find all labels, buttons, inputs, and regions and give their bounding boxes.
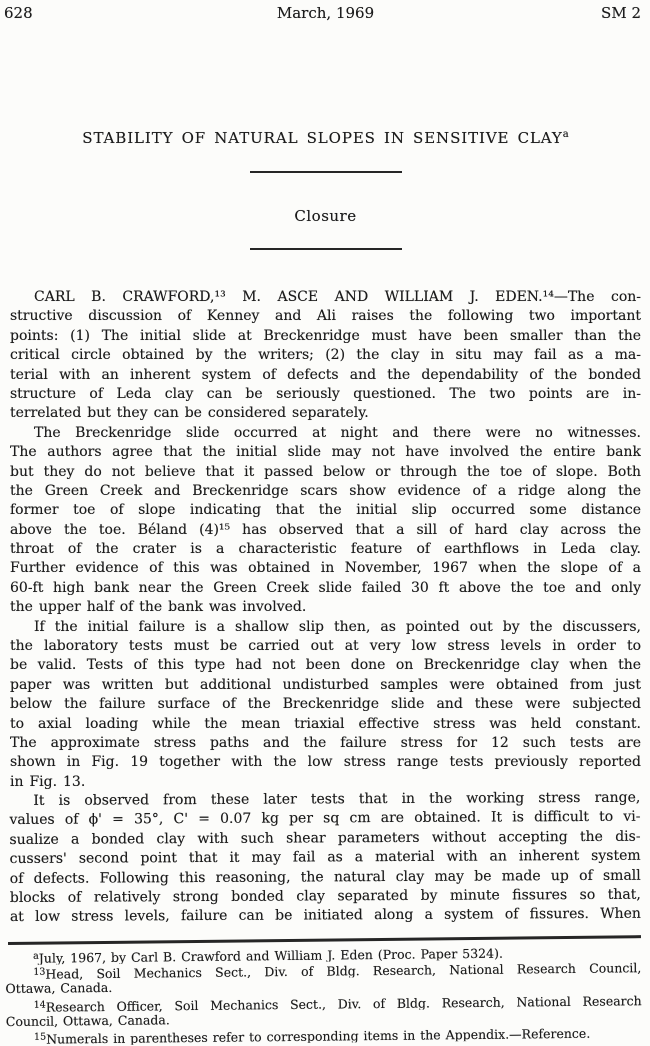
text-line: throat of the crater is a characteristic… (10, 540, 641, 559)
text-line: 60-ft high bank near the Green Creek sli… (10, 579, 641, 598)
text-line: to axial loading while the mean triaxial… (10, 715, 641, 734)
divider-rule-top (250, 171, 402, 173)
footnote-14-text-cont: Council, Ottawa, Canada. (6, 1012, 170, 1029)
footnote-13-text-cont: Ottawa, Canada. (5, 980, 112, 996)
article-body: CARL B. CRAWFORD,¹³ M. ASCE AND WILLIAM … (10, 288, 641, 928)
text-line: The authors agree that the initial slide… (10, 443, 641, 462)
paragraph-4: It is observed from these later tests th… (9, 789, 641, 928)
running-head: 628 March, 1969 SM 2 (10, 4, 641, 24)
text-line: above the toe. Béland (4)¹⁵ has observed… (10, 521, 641, 540)
text-line: the upper half of the bank was involved. (10, 598, 641, 617)
footnote-15-text: Numerals in parentheses refer to corresp… (46, 1026, 590, 1046)
text-line: below the failure surface of the Brecken… (10, 695, 641, 714)
article-title: STABILITY OF NATURAL SLOPES IN SENSITIVE… (10, 125, 641, 148)
text-line: CARL B. CRAWFORD,¹³ M. ASCE AND WILLIAM … (10, 288, 641, 307)
footnote-13-marker: 13 (33, 967, 45, 978)
text-line: former toe of slope indicating that the … (10, 501, 641, 520)
journal-page: 628 March, 1969 SM 2 STABILITY OF NATURA… (0, 0, 650, 1046)
footnote-block: aJuly, 1967, by Carl B. Crawford and Wil… (10, 935, 642, 1046)
text-line: terial with an inherent system of defect… (10, 366, 641, 385)
text-line: be valid. Tests of this type had not bee… (10, 656, 641, 675)
text-line: shown in Fig. 19 together with the low s… (10, 753, 641, 772)
journal-code: SM 2 (601, 4, 641, 22)
footnotes: aJuly, 1967, by Carl B. Crawford and Wil… (5, 942, 642, 1046)
paragraph-2: The Breckenridge slide occurred at night… (10, 424, 641, 618)
divider-rule-bottom (250, 248, 402, 250)
footnote-14-marker: 14 (34, 999, 46, 1010)
paragraph-1: CARL B. CRAWFORD,¹³ M. ASCE AND WILLIAM … (10, 288, 641, 424)
text-line: Further evidence of this was obtained in… (10, 559, 641, 578)
text-line: The approximate stress paths and the fai… (10, 734, 641, 753)
text-line: structive discussion of Kenney and Ali r… (10, 307, 641, 326)
text-line: at low stress levels, failure can be ini… (10, 905, 641, 928)
paragraph-3: If the initial failure is a shallow slip… (10, 618, 641, 793)
footnote-15-marker: 15 (34, 1031, 46, 1042)
section-heading: Closure (10, 206, 641, 226)
text-line: but they do not believe that it passed b… (10, 463, 641, 482)
text-line: structure of Leda clay can be seriously … (10, 385, 641, 404)
article-title-text: STABILITY OF NATURAL SLOPES IN SENSITIVE… (82, 129, 562, 147)
text-line: points: (1) The initial slide at Brecken… (10, 327, 641, 346)
text-line: If the initial failure is a shallow slip… (10, 618, 641, 637)
text-line: terrelated but they can be considered se… (10, 404, 641, 423)
title-footnote-marker: a (563, 129, 569, 140)
issue-date: March, 1969 (10, 4, 641, 22)
text-line: the laboratory tests must be carried out… (10, 637, 641, 656)
text-line: the Green Creek and Breckenridge scars s… (10, 482, 641, 501)
text-line: critical circle obtained by the writers;… (10, 346, 641, 365)
text-line: The Breckenridge slide occurred at night… (10, 424, 641, 443)
text-line: paper was written but additional undistu… (10, 676, 641, 695)
